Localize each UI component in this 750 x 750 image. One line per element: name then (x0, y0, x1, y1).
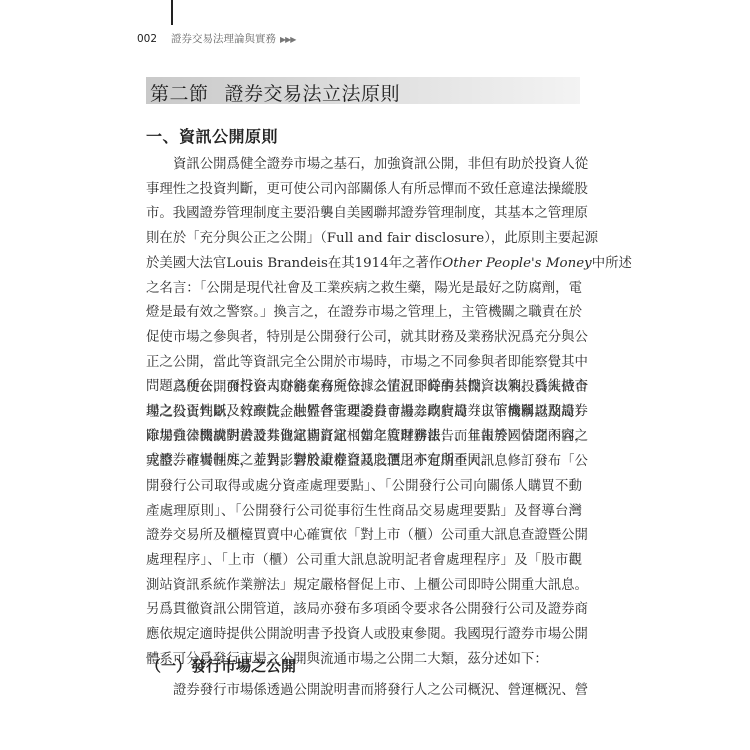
subsection-heading: 一、資訊公開原則 (146, 124, 278, 147)
text-line: 資訊公開爲健全證券市場之基石，加強資訊公開，非但有助於投資人從 (146, 153, 582, 178)
section-number: 第二節 (150, 83, 209, 105)
triple-arrow-icon: ▶▶▶ (280, 35, 295, 44)
text-line: 完整、確實性外，並對影響股東權益及股價之不定期重大訊息修訂發布「公 (146, 450, 582, 475)
text-line: 市。我國證券管理制度主要沿襲自美國聯邦證券管理制度，其基本之管理原 (146, 202, 582, 227)
text-line: 開發行公司取得或處分資產處理要點」、「公開發行公司向關係人購買不動 (146, 475, 582, 500)
text-line: 產處理原則」、「公開發行公司從事衍生性商品交易處理要點」及督導台灣 (146, 500, 582, 525)
text-line: 證券交易所及櫃檯買賣中心確實依「對上市（櫃）公司重大訊息查證暨公開 (146, 524, 582, 549)
paragraph-2: 爲使公開發行公司財務業務充分、公正且即時的公開，以利投資人做合 理之投資判斷，行… (146, 376, 582, 672)
text-line: 處理程序」、「上市（櫃）公司重大訊息說明記者會處理程序」及「股市觀 (146, 549, 582, 574)
text-line: 則在於「充分與公正之公開」（Full and fair disclosure），… (146, 227, 582, 252)
text-line: 正之公開，當此等資訊完全公開於市場時，市場之不同參與者即能察覺其中 (146, 351, 582, 376)
margin-rule (171, 0, 173, 25)
text-line: 於美國大法官Louis Brandeis在其1914年之著作Other Peop… (146, 252, 582, 277)
text-line: 促使市場之參與者，特別是公開發行公司，就其財務及業務狀況爲充分與公 (146, 326, 582, 351)
paragraph-3: 證券發行市場係透過公開說明書而將發行人之公司概況、營運概況、營 (146, 679, 582, 704)
book-title-italic: Other People's Money (442, 256, 591, 271)
running-head: 002證券交易法理論與實務▶▶▶ (137, 31, 295, 46)
text-line: 爲使公開發行公司財務業務充分、公正且即時的公開，以利投資人做合 (146, 376, 582, 401)
text-line: 燈是最有效之警察。」換言之，在證券市場之管理上，主管機關之職責在於 (146, 301, 582, 326)
text-segment: 於美國大法官Louis Brandeis在其1914年之著作 (146, 256, 442, 271)
text-line: 理之投資判斷，行政院金融監督管理委員會證券期貨局（以下簡稱證期局） (146, 401, 582, 426)
text-line: 測站資訊系統作業辦法」規定嚴格督促上市、上櫃公司即時公開重大訊息。 (146, 574, 582, 599)
text-line: 另爲貫徹資訊公開管道，該局亦發布多項函令要求各公開發行公司及證券商 (146, 598, 582, 623)
page-number: 002 (137, 33, 171, 45)
text-segment: 中所述 (592, 256, 632, 271)
sub-subsection-heading: （一）發行市場之公開 (146, 655, 296, 676)
text-line: 證券發行市場係透過公開說明書而將發行人之公司概況、營運概況、營 (146, 679, 582, 704)
text-line: 除加強公開說明書及其他定期資訊（如年度財務報告、年報等）公開內容之 (146, 425, 582, 450)
book-title: 證券交易法理論與實務 (171, 33, 276, 45)
text-line: 事理性之投資判斷，更可使公司內部關係人有所忌憚而不致任意違法操縱股 (146, 178, 582, 203)
section-title: 證券交易法立法原則 (225, 83, 401, 105)
section-heading: 第二節證券交易法立法原則 (150, 79, 400, 106)
text-line: 之名言：「公開是現代社會及工業疾病之救生藥，陽光是最好之防腐劑，電 (146, 277, 582, 302)
text-line: 應依規定適時提供公開說明書予投資人或股東參閱。我國現行證券市場公開 (146, 623, 582, 648)
